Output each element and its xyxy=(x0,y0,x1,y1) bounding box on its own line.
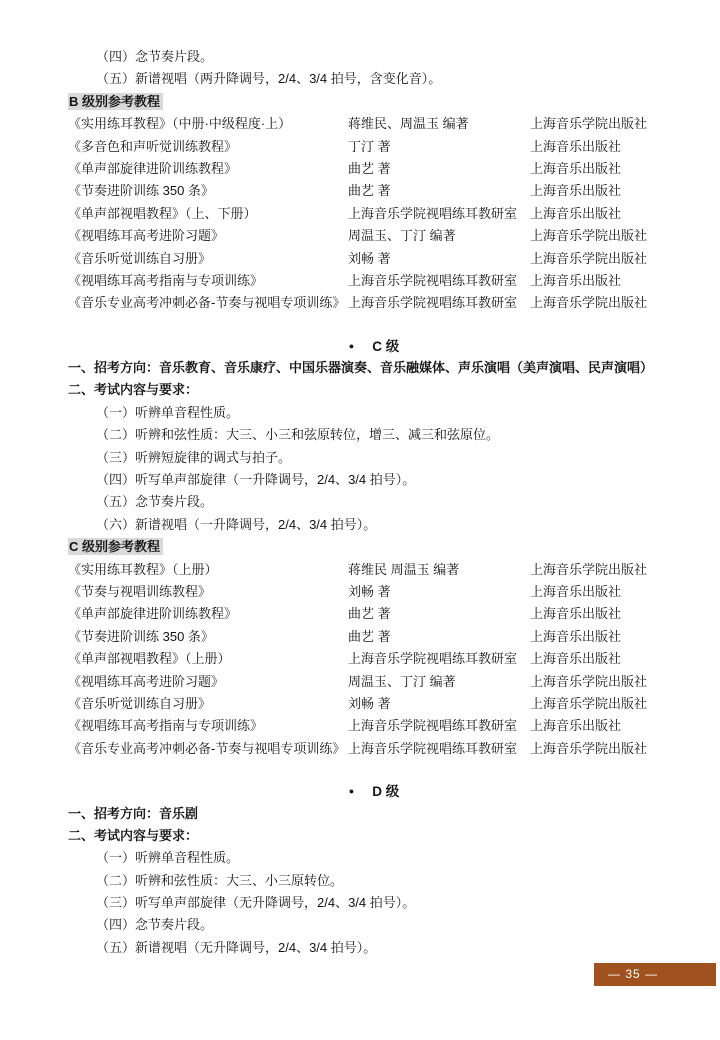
table-row: 《节奏与视唱训练教程》刘畅 著上海音乐出版社 xyxy=(68,581,680,603)
admission-line: 一、招考方向：音乐剧 xyxy=(68,803,680,825)
table-row: 《实用练耳教程》（上册）蒋维民 周温玉 编著上海音乐学院出版社 xyxy=(68,559,680,581)
exam-item: （二）听辨和弦性质：大三、小三和弦原转位，增三、减三和弦原位。 xyxy=(68,424,680,446)
c-ref-table: 《实用练耳教程》（上册）蒋维民 周温玉 编著上海音乐学院出版社 《节奏与视唱训练… xyxy=(68,559,680,761)
table-row: 《音乐专业高考冲刺必备-节奏与视唱专项训练》上海音乐学院视唱练耳教研室上海音乐学… xyxy=(68,292,680,314)
book-title: 《节奏与视唱训练教程》 xyxy=(68,581,348,603)
table-row: 《视唱练耳高考进阶习题》周温玉、丁汀 编著上海音乐学院出版社 xyxy=(68,671,680,693)
book-author: 上海音乐学院视唱练耳教研室 xyxy=(348,203,530,225)
exam-item: （六）新谱视唱（一升降调号，2/4、3/4 拍号）。 xyxy=(68,514,680,536)
book-title: 《节奏进阶训练 350 条》 xyxy=(68,626,348,648)
book-author: 上海音乐学院视唱练耳教研室 xyxy=(348,715,530,737)
table-row: 《节奏进阶训练 350 条》曲艺 著上海音乐出版社 xyxy=(68,180,680,202)
book-publisher: 上海音乐出版社 xyxy=(530,203,680,225)
admission-line: 一、招考方向：音乐教育、音乐康疗、中国乐器演奏、音乐融媒体、声乐演唱（美声演唱、… xyxy=(68,357,680,379)
book-author: 刘畅 著 xyxy=(348,693,530,715)
book-title: 《音乐专业高考冲刺必备-节奏与视唱专项训练》 xyxy=(68,738,348,760)
table-row: 《视唱练耳高考进阶习题》周温玉、丁汀 编著上海音乐学院出版社 xyxy=(68,225,680,247)
book-author: 上海音乐学院视唱练耳教研室 xyxy=(348,738,530,760)
exam-item: （五）新谱视唱（无升降调号，2/4、3/4 拍号）。 xyxy=(68,937,680,959)
section-title: C 级 xyxy=(372,339,399,354)
table-row: 《视唱练耳高考指南与专项训练》上海音乐学院视唱练耳教研室上海音乐出版社 xyxy=(68,715,680,737)
b-ref-header: B 级别参考教程 xyxy=(68,93,163,110)
book-publisher: 上海音乐出版社 xyxy=(530,715,680,737)
book-publisher: 上海音乐出版社 xyxy=(530,270,680,292)
book-publisher: 上海音乐学院出版社 xyxy=(530,671,680,693)
exam-line: 二、考试内容与要求： xyxy=(68,379,680,401)
book-title: 《视唱练耳高考指南与专项训练》 xyxy=(68,270,348,292)
book-publisher: 上海音乐出版社 xyxy=(530,581,680,603)
book-title: 《音乐专业高考冲刺必备-节奏与视唱专项训练》 xyxy=(68,292,348,314)
table-row: 《多音色和声听觉训练教程》丁汀 著上海音乐出版社 xyxy=(68,136,680,158)
book-author: 曲艺 著 xyxy=(348,180,530,202)
exam-item: （一）听辨单音程性质。 xyxy=(68,847,680,869)
table-row: 《节奏进阶训练 350 条》曲艺 著上海音乐出版社 xyxy=(68,626,680,648)
b-ref-header-line: B 级别参考教程 xyxy=(68,91,680,113)
exam-item: （四）念节奏片段。 xyxy=(68,914,680,936)
exam-item: （四）听写单声部旋律（一升降调号，2/4、3/4 拍号）。 xyxy=(68,469,680,491)
book-author: 刘畅 著 xyxy=(348,581,530,603)
table-row: 《单声部视唱教程》（上、下册）上海音乐学院视唱练耳教研室上海音乐出版社 xyxy=(68,203,680,225)
book-author: 丁汀 著 xyxy=(348,136,530,158)
book-publisher: 上海音乐出版社 xyxy=(530,158,680,180)
book-author: 上海音乐学院视唱练耳教研室 xyxy=(348,292,530,314)
book-publisher: 上海音乐出版社 xyxy=(530,626,680,648)
page-number-badge: — 35 — xyxy=(594,963,716,986)
book-author: 上海音乐学院视唱练耳教研室 xyxy=(348,648,530,670)
exam-item: （三）听写单声部旋律（无升降调号，2/4、3/4 拍号）。 xyxy=(68,892,680,914)
book-author: 周温玉、丁汀 编著 xyxy=(348,225,530,247)
book-publisher: 上海音乐学院出版社 xyxy=(530,738,680,760)
book-author: 周温玉、丁汀 编著 xyxy=(348,671,530,693)
book-title: 《单声部旋律进阶训练教程》 xyxy=(68,158,348,180)
table-row: 《视唱练耳高考指南与专项训练》上海音乐学院视唱练耳教研室上海音乐出版社 xyxy=(68,270,680,292)
exam-line: 二、考试内容与要求： xyxy=(68,825,680,847)
exam-item: （五）念节奏片段。 xyxy=(68,491,680,513)
section-heading-c: ●C 级 xyxy=(68,335,680,357)
section-title: D 级 xyxy=(372,784,399,799)
table-row: 《单声部视唱教程》（上册）上海音乐学院视唱练耳教研室上海音乐出版社 xyxy=(68,648,680,670)
book-title: 《多音色和声听觉训练教程》 xyxy=(68,136,348,158)
book-title: 《视唱练耳高考进阶习题》 xyxy=(68,671,348,693)
book-title: 《视唱练耳高考指南与专项训练》 xyxy=(68,715,348,737)
book-author: 曲艺 著 xyxy=(348,603,530,625)
table-row: 《音乐听觉训练自习册》刘畅 著上海音乐学院出版社 xyxy=(68,693,680,715)
book-title: 《单声部旋律进阶训练教程》 xyxy=(68,603,348,625)
book-author: 上海音乐学院视唱练耳教研室 xyxy=(348,270,530,292)
book-title: 《单声部视唱教程》（上册） xyxy=(68,648,348,670)
book-title: 《实用练耳教程》（上册） xyxy=(68,559,348,581)
section-heading-d: ●D 级 xyxy=(68,780,680,802)
book-title: 《节奏进阶训练 350 条》 xyxy=(68,180,348,202)
b-ref-table: 《实用练耳教程》（中册·中级程度·上）蒋维民、周温玉 编著上海音乐学院出版社 《… xyxy=(68,113,680,315)
exam-item: （三）听辨短旋律的调式与拍子。 xyxy=(68,447,680,469)
book-title: 《实用练耳教程》（中册·中级程度·上） xyxy=(68,113,348,135)
bullet-icon: ● xyxy=(349,780,354,802)
table-row: 《单声部旋律进阶训练教程》曲艺 著上海音乐出版社 xyxy=(68,603,680,625)
book-publisher: 上海音乐出版社 xyxy=(530,648,680,670)
exam-item: （二）听辨和弦性质：大三、小三原转位。 xyxy=(68,870,680,892)
book-title: 《音乐听觉训练自习册》 xyxy=(68,248,348,270)
book-publisher: 上海音乐学院出版社 xyxy=(530,248,680,270)
book-author: 曲艺 著 xyxy=(348,158,530,180)
book-author: 蒋维民 周温玉 编著 xyxy=(348,559,530,581)
book-publisher: 上海音乐学院出版社 xyxy=(530,559,680,581)
book-title: 《音乐听觉训练自习册》 xyxy=(68,693,348,715)
book-title: 《单声部视唱教程》（上、下册） xyxy=(68,203,348,225)
book-author: 刘畅 著 xyxy=(348,248,530,270)
req-item: （四）念节奏片段。 xyxy=(68,46,680,68)
book-publisher: 上海音乐出版社 xyxy=(530,136,680,158)
table-row: 《音乐专业高考冲刺必备-节奏与视唱专项训练》上海音乐学院视唱练耳教研室上海音乐学… xyxy=(68,738,680,760)
document-page: （四）念节奏片段。 （五）新谱视唱（两升降调号，2/4、3/4 拍号，含变化音）… xyxy=(0,0,720,1040)
req-item: （五）新谱视唱（两升降调号，2/4、3/4 拍号，含变化音）。 xyxy=(68,68,680,90)
exam-item: （一）听辨单音程性质。 xyxy=(68,402,680,424)
book-title: 《视唱练耳高考进阶习题》 xyxy=(68,225,348,247)
table-row: 《单声部旋律进阶训练教程》曲艺 著上海音乐出版社 xyxy=(68,158,680,180)
book-publisher: 上海音乐出版社 xyxy=(530,180,680,202)
book-author: 蒋维民、周温玉 编著 xyxy=(348,113,530,135)
book-publisher: 上海音乐学院出版社 xyxy=(530,225,680,247)
book-author: 曲艺 著 xyxy=(348,626,530,648)
bullet-icon: ● xyxy=(349,335,354,357)
book-publisher: 上海音乐出版社 xyxy=(530,603,680,625)
table-row: 《音乐听觉训练自习册》刘畅 著上海音乐学院出版社 xyxy=(68,248,680,270)
c-ref-header: C 级别参考教程 xyxy=(68,538,163,555)
table-row: 《实用练耳教程》（中册·中级程度·上）蒋维民、周温玉 编著上海音乐学院出版社 xyxy=(68,113,680,135)
book-publisher: 上海音乐学院出版社 xyxy=(530,693,680,715)
book-publisher: 上海音乐学院出版社 xyxy=(530,292,680,314)
page-content: （四）念节奏片段。 （五）新谱视唱（两升降调号，2/4、3/4 拍号，含变化音）… xyxy=(68,46,680,959)
c-ref-header-line: C 级别参考教程 xyxy=(68,536,680,558)
book-publisher: 上海音乐学院出版社 xyxy=(530,113,680,135)
